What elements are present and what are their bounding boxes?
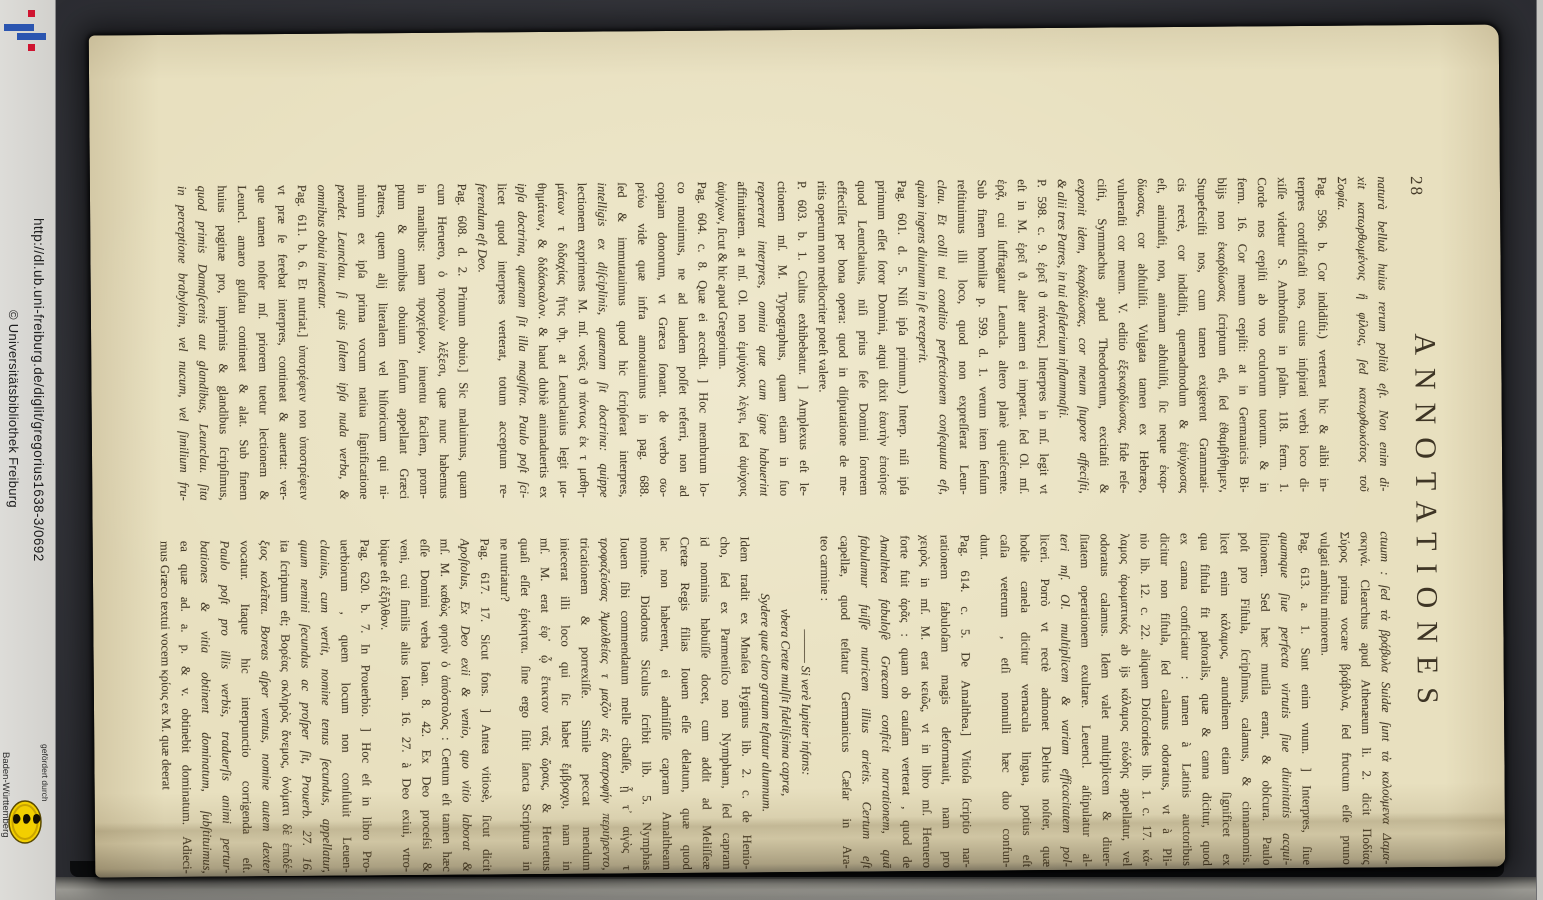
text-line: ctionem mſ. M. Typographus, quam etiam i…: [772, 181, 794, 496]
text-line: cho, ſed ex Parmeniſco non Nympham, ſed …: [715, 536, 738, 869]
text-line: eſt in M. ἐρεῖ ϑ. alter autem ei imperat…: [1012, 179, 1034, 494]
text-line: dicitur non fiſtula, ſed calamus odoratu…: [1155, 533, 1178, 866]
text-line: Pag. 596. b. Cor indidiſti.) verterat hi…: [1312, 177, 1334, 492]
text-line: Apoſtolus, Ex Deo exii & venio, quo viti…: [455, 539, 478, 872]
text-line: reſtituimus illi loco, quod non expreſſe…: [952, 180, 974, 495]
right-edge-strip: Baden-Württemberg: [1536, 0, 1543, 900]
text-line: Pag. 620. b. 7. In Prouerbio. ] Hoc eſt …: [355, 539, 378, 872]
text-line: primum eſſet ſoror Domini, atqui dixit ἑ…: [872, 180, 894, 495]
text-line: ſed & immutauimus quod hic ſcripſerat in…: [612, 182, 634, 497]
text-line: quaſi eſſet ἐρίκηται. ſine ergo ſiſtit ſ…: [515, 538, 538, 871]
text-line: xiſſe videtur S. Ambroſius in pſalm. 118…: [1272, 177, 1294, 492]
text-line: Patres, quem alij literalem vel hiſtoric…: [372, 184, 394, 499]
text-line: δίωσας, cor abſtuliſti. Vulgata tamen ex…: [1132, 178, 1154, 493]
text-line: vocatur. Itaque hic interpunctio corrige…: [235, 540, 258, 873]
text-line: ſitionem. Sed hæc mutila erant, & obſcur…: [1255, 532, 1278, 865]
text-line: quod Leunclauius, niſi prius ſeſe Domini…: [852, 180, 874, 495]
text-line: P. 598. c. 9. ἐρεῖ ϑ πάντας.] Interpres …: [1032, 179, 1054, 494]
text-line: huius paginæ pro, imprimis & glandibus ſ…: [212, 185, 234, 500]
text-line: poſt pro Fiſtula, ſcripſimus, calamus, &…: [1235, 532, 1258, 865]
text-line: odoratus calamus. Idem valet multiplicem…: [1095, 534, 1118, 867]
page-title: ANNOTATIONES: [1406, 176, 1445, 861]
text-line: fabulamur fuiſſe nutricem illius arietis…: [855, 535, 878, 868]
text-line: mirum ex ipſa prima vocum natiua ſignifi…: [352, 184, 374, 499]
text-line: liceri. Porrò vt rectè admonet Delrius n…: [1035, 534, 1058, 867]
text-line: Corde nos cepiſti ab vno oculorum tuorum…: [1252, 177, 1274, 492]
page-content-rotated: 28 ANNOTATIONES naturà belluà huius reru…: [89, 24, 1506, 877]
text-line: ritis operum non mediocriter poteſt vale…: [812, 181, 834, 496]
text-line: τροφαζεύσας Ἀμαλθείας τ μαζὸν εἰς διατρο…: [595, 537, 618, 870]
text-line: Leuncl. amaro guſtatu contineat & alat. …: [232, 185, 254, 500]
page-number: 28: [1406, 176, 1426, 197]
text-line: vt præ ſe ferebat interpres, contineat &…: [272, 185, 294, 500]
left-column: naturà belluà huius rerum polità eſt. No…: [152, 176, 1394, 501]
text-line: ξιος καλεῖται. Boreas aſper ventus, nomi…: [255, 540, 278, 873]
text-line: veni, cui ſimilis alius Ioan. 16. 27. à …: [395, 539, 418, 872]
text-line: omnibus obuia intueatur.: [312, 185, 334, 500]
text-line: hodie canela dicitur vernacula lingua, p…: [1015, 534, 1038, 867]
text-line: ne nutriatur?: [495, 538, 518, 871]
text-line: eſſe Domini verba Ioan. 8. 42. Ex Deo pr…: [415, 539, 438, 872]
text-line: ita ſcriptum eſt; Βορέας σκληρὸς ἄνεμος,…: [275, 540, 298, 873]
text-line: clauius, cum vertit, nomine tenus ſecund…: [315, 540, 338, 873]
text-line: cum Heruero, ὁ προσιὼν λέξεσι, quæ nunc …: [432, 184, 454, 499]
copyright-notice: © Universitätsbibliothek Freiburg: [6, 310, 21, 508]
text-line: Pag. 614. c. 5. De Amalthea.] Vitioſa ſc…: [955, 535, 978, 868]
text-line: lectionem exprimens M. mſ. νοεῖς ϑ πάντω…: [572, 183, 594, 498]
text-block: naturà belluà huius rerum polità eſt. No…: [152, 176, 1397, 877]
text-line: que tamen noſter mſ. priorem tuetur lect…: [252, 185, 274, 500]
text-line: id nominis habuiſſe docet, cum addit ad …: [695, 537, 718, 870]
text-line: Paulo poſt pro illis verbis, traduerſis …: [215, 540, 238, 873]
text-line: licet quod interpres verterat, totum acc…: [492, 183, 514, 498]
text-line: Σοφία.: [1332, 177, 1354, 492]
text-line: lac non haberent, ei admiſiſſe capram Am…: [655, 537, 678, 870]
book-page: 28 ANNOTATIONES naturà belluà huius reru…: [89, 24, 1506, 877]
text-line: repererat interpres, omnia quæ cum igne …: [752, 181, 774, 496]
page-header: 28 ANNOTATIONES: [1397, 24, 1506, 867]
text-line: & alii tres Patres, in tui deſiderium in…: [1052, 179, 1074, 494]
text-line: ἀψύχων, ſicut & hic apud Gregorium.: [712, 182, 734, 497]
text-line: clau. Et colli tui conditio perfectionem…: [932, 180, 954, 495]
text-line: in manibus: nam προχείρων, inuentu facil…: [412, 184, 434, 499]
text-line: bique eſt ἐξῆλθον.: [375, 539, 398, 872]
text-line: exponit idem, ἐκαρδίωσας, cor meum ſtupo…: [1072, 179, 1094, 494]
text-line: blijs non ἐκαρδίωσας ſcriptum eſt, ſed ἐ…: [1212, 178, 1234, 493]
text-line: effeciſſet per bona opera: quod in diſpu…: [832, 181, 854, 496]
text-line: co mouimus, ne ad laudem poſſet referri,…: [672, 182, 694, 497]
text-line: terpres cordificaſti nos, cuius inſpirat…: [1292, 177, 1314, 492]
watermark-sidebar: http://dl.ub.uni-freiburg.de/diglit/greg…: [0, 0, 56, 900]
text-line: uerbiorum , quem locum non conſuluit Leu…: [335, 539, 358, 872]
text-line: mſ. M. καθὼς φησὶν ὁ ἀπόστολος : Certum …: [435, 539, 458, 872]
text-line: Stupefeciſti nos, cum tamen exigerent Gr…: [1192, 178, 1214, 493]
text-line: quamque ſiue perfecta virtutis ſiue diui…: [1275, 532, 1298, 865]
text-line: μάτων τ διδαχίας ἥτις ϑη. at Leunclauius…: [552, 183, 574, 498]
text-line: nomine. Diodorus Siculus ſcribit lib. 5.…: [635, 537, 658, 870]
text-line: Pag. 617. 17. Sicut fons. ] Antea vitios…: [475, 538, 498, 871]
baden-wuerttemberg-coat-of-arms-icon: [6, 799, 44, 847]
text-line: Pag. 601. d. 5. Niſi ipſa primum.) Inter…: [892, 180, 914, 495]
text-line: quum nemini ſecundus ac proſper ſit, Pro…: [295, 540, 318, 873]
text-line: intelligis ex diſciplinis, quænam ſit do…: [592, 182, 614, 497]
text-line: Σύρος prima vocare βράβυλα, ſed fructum …: [1335, 532, 1358, 865]
text-line: Sydere quæ claro gratum teſtatur alumnum…: [755, 536, 778, 869]
text-line: Pag. 613. a. 1. Sunt enim vnum. ] Interp…: [1295, 532, 1318, 865]
text-line: ciſti, Symmachus apud Theodoretum, excit…: [1092, 179, 1114, 494]
source-url: http://dl.ub.uni-freiburg.de/diglit/greg…: [31, 218, 46, 562]
text-line: Iouem ſibi commendatum melle cibaſſe, ᾗ …: [615, 537, 638, 870]
text-line: tricationem & porrexiſſe. Simile peccat …: [575, 538, 598, 871]
text-line: teri mſ. Ol. multiplicem & variam effica…: [1055, 534, 1078, 867]
text-line: rationem fabuloſam magis deformauit, nam…: [935, 535, 958, 868]
text-line: forte fuit ἀρᾶς : quam ob cauſam vertera…: [895, 535, 918, 868]
funding-label: gefördert durch: [40, 744, 50, 802]
text-line: Amalthea fabuloſè Græcam conficit narrat…: [875, 535, 898, 868]
text-line: ex canna conficiatur : tamen à Latinis a…: [1175, 533, 1198, 866]
text-line: ρεύω vide quæ infra annotauimus in pag. …: [632, 182, 654, 497]
text-line: copiam donorum, vt Græca ſonant. de verb…: [652, 182, 674, 497]
text-line: dunt.: [975, 534, 998, 867]
text-line: mus Græco textui vocem κρίοις ex M. quæ …: [155, 541, 178, 874]
text-line: θημάτων, & διδάσκαλον. & haud dubiè anim…: [532, 183, 554, 498]
text-line: cis rectè, cor indidiſti, quemadmodum & …: [1172, 178, 1194, 493]
text-line: ptum & omnibus obuium ſenſum appellant G…: [392, 184, 414, 499]
text-line: ctuum : ſed τὰ βράβυλα Suidæ ſunt τὰ καλ…: [1375, 531, 1398, 864]
text-line: ——— Si verè Iupiter infans:: [795, 536, 818, 869]
text-line: xit κατωρθωμένοις ἢ φίλοις, ſed κατωρθωκ…: [1352, 176, 1374, 491]
text-line: in perceptione brabyloim, vel nucum, vel…: [172, 186, 194, 501]
text-line: quod primis Damaſcenis aut glandibus, Le…: [192, 186, 214, 501]
text-line: eſt, animaſti, non, animam abſtuliſti, ſ…: [1152, 178, 1174, 493]
text-line: naturà belluà huius rerum polità eſt. No…: [1372, 176, 1394, 491]
text-line: σκηνά. Clearchus apud Athenæum li. 2. di…: [1355, 531, 1378, 864]
text-line: P. 603. b. 1. Cultus exhibebatur. ] Ampl…: [792, 181, 814, 496]
text-line: pendet. Leunclau. ſi quis ſaltem ipſa nu…: [332, 184, 354, 499]
text-line: λαμος ἀρωματικός ab ijs κάλαμος εὐώδης a…: [1115, 533, 1138, 866]
text-line: χειρὸς in mſ. M. erat κειῶς, vt in libro…: [915, 535, 938, 868]
text-line: Sub finem homiliæ p. 599. d. 1. verum it…: [972, 179, 994, 494]
text-line: Pag. 608. d. 2. Primum obuio.] Sic malui…: [452, 184, 474, 499]
text-line: quàm ingens diuinum in ſe receperit.: [912, 180, 934, 495]
text-line: vbera Cretæ mulſit fideliſsima capræ,: [775, 536, 798, 869]
scanner-bed-reflection: [200, 879, 1300, 897]
text-line: Pag. 611. b. 6. Et nutriat.] ὑποτρέφειν …: [292, 185, 314, 500]
text-line: nio lib. 12. c. 22. aliquem Dioſcorides …: [1135, 533, 1158, 866]
text-line: qua fiſtula fit paſtoralis, quæ & canna …: [1195, 533, 1218, 866]
text-line: Idem tradit ex Mnaſea Hyginus lib. 2. c.…: [735, 536, 758, 869]
text-line: ſitatem operationem exultare. Leuencl. a…: [1075, 534, 1098, 867]
text-line: caſia veterum , etſi nonnulli hæc duo co…: [995, 534, 1018, 867]
text-line: vulgati ambitu minorem.: [1315, 532, 1338, 865]
right-column: ctuum : ſed τὰ βράβυλα Suidæ ſunt τὰ καλ…: [155, 531, 1398, 874]
text-line: iniecerat illi loco qui ſic habet ἔμβραχ…: [555, 538, 578, 871]
text-line: ea quæ ad. a. p. & v. obtinebit dominatu…: [175, 541, 198, 874]
text-line: bationes & vitia obtinent dominatum, ſub…: [195, 541, 218, 874]
text-line: Pag. 604. c. 8. Quæ ei accedit. ] Hoc me…: [692, 182, 714, 497]
text-line: licet enim κάλαμος, arundinem etiam ſign…: [1215, 533, 1238, 866]
text-line: teo carmine :: [815, 536, 838, 869]
text-line: ferendum eſt Deo.: [472, 183, 494, 498]
text-line: ἐρᾷ, cui ſuffragatur Leuncla. altero pla…: [992, 179, 1014, 494]
text-line: affinitatem. at mſ. Ol. non ἐμψύχοις λέγ…: [732, 181, 754, 496]
text-line: mſ. M. erat ἐφ᾽ ᾧ ἔτικτον ταῖς ὥραις, & …: [535, 538, 558, 871]
text-line: ipſa doctrina, quænam ſit illa magiſtra.…: [512, 183, 534, 498]
scan-viewer: 28 ANNOTATIONES naturà belluà huius reru…: [0, 0, 1543, 900]
text-line: vulneraſti cor meum. V. editio ἐξεκαρδίω…: [1112, 178, 1134, 493]
text-line: capellæ, quod teſtatur Germanicus Cæſar …: [835, 536, 858, 869]
text-line: ferm. 16. Cor meum cepiſti: at in German…: [1232, 177, 1254, 492]
text-line: Cretæ Regis filias Iouem eſſe delatum, q…: [675, 537, 698, 870]
